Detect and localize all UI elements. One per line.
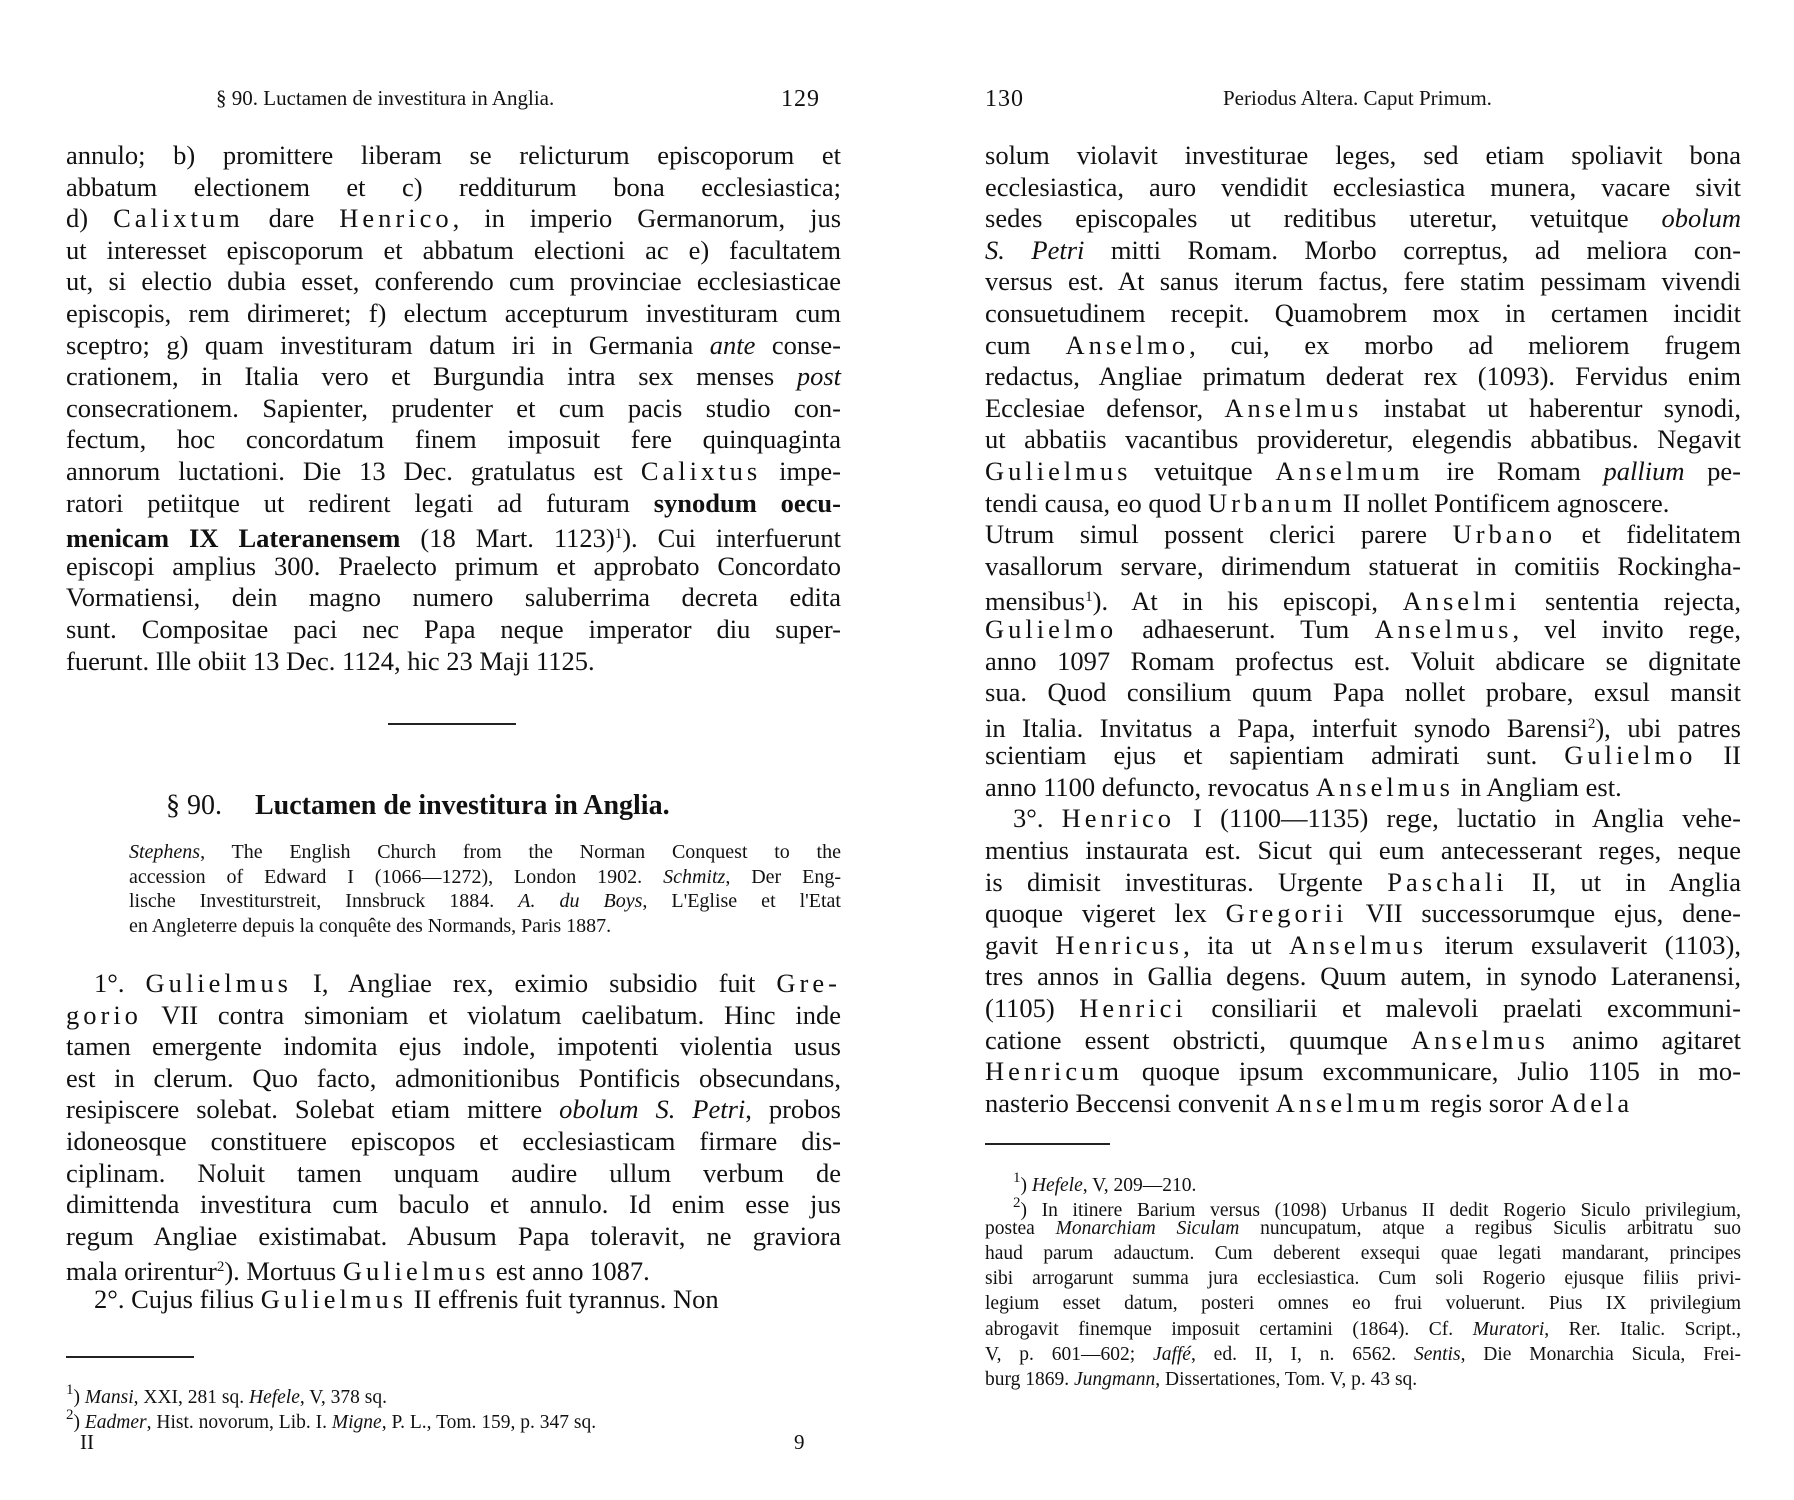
text-line: redactus, Angliae primatum dederat rex (… (985, 361, 1741, 393)
right-page: 130 Periodus Altera. Caput Primum. solum… (985, 0, 1741, 1500)
text-line: annorum luctationi. Die 13 Dec. gratulat… (66, 456, 841, 488)
section-title: Luctamen de investitura in Anglia. (255, 790, 670, 821)
text-line: consuetudinem recepit. Quamobrem mox in … (985, 298, 1741, 330)
text-line: catione essent obstricti, quumque Anselm… (985, 1025, 1741, 1057)
text-line: d) Calixtum dare Henrico, in imperio Ger… (66, 203, 841, 235)
text-line: accession of Edward I (1066—1272), Londo… (129, 865, 841, 890)
text-line: scientiam ejus et sapientiam admirati su… (985, 740, 1741, 772)
text-line: abrogavit finemque imposuit certamini (1… (985, 1317, 1741, 1342)
text-line: quoque vigeret lex Gregorii VII successo… (985, 898, 1741, 930)
text-line: postea Monarchiam Siculam nuncupatum, at… (985, 1216, 1741, 1241)
section-heading: § 90. Luctamen de investitura in Anglia. (166, 790, 670, 822)
text-line: ciplinam. Noluit tamen unquam audire ull… (66, 1158, 841, 1190)
text-line: regum Angliae existimabat. Abusum Papa t… (66, 1221, 841, 1253)
running-head: § 90. Luctamen de investitura in Anglia.… (66, 86, 841, 116)
text-line: annulo; b) promittere liberam se relictu… (66, 140, 841, 172)
text-line: Henricum quoque ipsum excommunicare, Jul… (985, 1056, 1741, 1088)
text-line: ratori petiitque ut redirent legati ad f… (66, 488, 841, 520)
text-line: haud parum adauctum. Cum deberent exsequ… (985, 1241, 1741, 1266)
footnotes: 1) Hefele, V, 209—210.2) In itinere Bari… (985, 1166, 1741, 1392)
text-line: 2) Eadmer, Hist. novorum, Lib. I. Migne,… (66, 1403, 841, 1428)
left-page: § 90. Luctamen de investitura in Anglia.… (66, 0, 841, 1500)
text-line: idoneosque constituere episcopos et eccl… (66, 1126, 841, 1158)
text-line: V, p. 601—602; Jaffé, ed. II, I, n. 6562… (985, 1342, 1741, 1367)
text-line: sceptro; g) quam investituram datum iri … (66, 330, 841, 362)
text-line: gavit Henricus, ita ut Anselmus iterum e… (985, 930, 1741, 962)
text-line: est in clerum. Quo facto, admonitionibus… (66, 1063, 841, 1095)
section-paragraphs: 1°. Gulielmus I, Angliae rex, eximio sub… (66, 968, 841, 1316)
running-head-title: Periodus Altera. Caput Primum. (1223, 86, 1492, 111)
text-line: cum Anselmo, cui, ex morbo ad meliorem f… (985, 330, 1741, 362)
text-line: sibi arrogarunt summa jura ecclesiastica… (985, 1266, 1741, 1291)
body-text: annulo; b) promittere liberam se relictu… (66, 140, 841, 677)
body-text: solum violavit investiturae leges, sed e… (985, 140, 1741, 1119)
text-line: fectum, hoc concordatum finem imposuit f… (66, 424, 841, 456)
text-line: 3°. Henrico I (1100—1135) rege, luctatio… (985, 803, 1741, 835)
text-line: ut interesset episcoporum et abbatum ele… (66, 235, 841, 267)
text-line: episcopis, rem dirimeret; f) electum acc… (66, 298, 841, 330)
text-line: Stephens, The English Church from the No… (129, 840, 841, 865)
footnote-rule (985, 1143, 1110, 1145)
text-line: crationem, in Italia vero et Burgundia i… (66, 361, 841, 393)
text-line: tendi causa, eo quod Urbanum II nollet P… (985, 488, 1741, 520)
text-line: dimittenda investitura cum baculo et ann… (66, 1189, 841, 1221)
text-line: is dimisit investituras. Urgente Paschal… (985, 867, 1741, 899)
text-line: ut abbatiis vacantibus provideretur, ele… (985, 424, 1741, 456)
text-line: vasallorum servare, dirimendum statuerat… (985, 551, 1741, 583)
text-line: in Italia. Invitatus a Papa, interfuit s… (985, 709, 1741, 741)
text-line: resipiscere solebat. Solebat etiam mitte… (66, 1094, 841, 1126)
page-number: 130 (985, 86, 1024, 113)
text-line: 1) Mansi, XXI, 281 sq. Hefele, V, 378 sq… (66, 1378, 841, 1403)
text-line: menicam IX Lateranensem (18 Mart. 1123)1… (66, 519, 841, 551)
text-line: anno 1097 Romam profectus est. Voluit ab… (985, 646, 1741, 678)
signature-sheet: 9 (794, 1430, 805, 1455)
text-line: abbatum electionem et c) redditurum bona… (66, 172, 841, 204)
text-line: Utrum simul possent clerici parere Urban… (985, 519, 1741, 551)
text-line: tamen emergente indomita ejus indole, im… (66, 1031, 841, 1063)
text-line: legium esset datum, posteri omnes eo fru… (985, 1291, 1741, 1316)
text-line: ecclesiastica, auro vendidit ecclesiasti… (985, 172, 1741, 204)
text-line: sunt. Compositae paci nec Papa neque imp… (66, 614, 841, 646)
text-line: mala orirentur2). Mortuus Gulielmus est … (66, 1252, 841, 1284)
text-line: episcopi amplius 300. Praelecto primum e… (66, 551, 841, 583)
section-divider (388, 723, 516, 725)
text-line: (1105) Henrici consiliarii et malevoli p… (985, 993, 1741, 1025)
text-line: 1) Hefele, V, 209—210. (985, 1166, 1741, 1191)
text-line: 1°. Gulielmus I, Angliae rex, eximio sub… (66, 968, 841, 1000)
text-line: Gulielmus vetuitque Anselmum ire Romam p… (985, 456, 1741, 488)
text-line: lische Investiturstreit, Innsbruck 1884.… (129, 889, 841, 914)
text-line: consecrationem. Sapienter, prudenter et … (66, 393, 841, 425)
text-line: gorio VII contra simoniam et violatum ca… (66, 1000, 841, 1032)
literature-list: Stephens, The English Church from the No… (129, 840, 841, 938)
text-line: 2) In itinere Barium versus (1098) Urban… (985, 1191, 1741, 1216)
text-line: 2°. Cujus filius Gulielmus II effrenis f… (66, 1284, 841, 1316)
text-line: anno 1100 defuncto, revocatus Anselmus i… (985, 772, 1741, 804)
text-line: Gulielmo adhaeserunt. Tum Anselmus, vel … (985, 614, 1741, 646)
text-line: mentius instaurata est. Sicut qui eum an… (985, 835, 1741, 867)
section-number: § 90. (166, 790, 222, 821)
page-number: 129 (781, 86, 820, 113)
text-line: versus est. At sanus iterum factus, fere… (985, 266, 1741, 298)
text-line: tres annos in Gallia degens. Quum autem,… (985, 961, 1741, 993)
signature-volume: II (80, 1430, 94, 1455)
running-head: 130 Periodus Altera. Caput Primum. (985, 86, 1741, 116)
text-line: nasterio Beccensi convenit Anselmum regi… (985, 1088, 1741, 1120)
text-line: Vormatiensi, dein magno numero saluberri… (66, 582, 841, 614)
text-line: en Angleterre depuis la conquête des Nor… (129, 914, 841, 939)
text-line: S. Petri mitti Romam. Morbo correptus, a… (985, 235, 1741, 267)
text-line: sua. Quod consilium quum Papa nollet pro… (985, 677, 1741, 709)
text-line: burg 1869. Jungmann, Dissertationes, Tom… (985, 1367, 1741, 1392)
text-line: ut, si electio dubia esset, conferendo c… (66, 266, 841, 298)
text-line: mensibus1). At in his episcopi, Anselmi … (985, 582, 1741, 614)
text-line: fuerunt. Ille obiit 13 Dec. 1124, hic 23… (66, 646, 841, 678)
text-line: solum violavit investiturae leges, sed e… (985, 140, 1741, 172)
text-line: sedes episcopales ut reditibus uteretur,… (985, 203, 1741, 235)
running-head-title: § 90. Luctamen de investitura in Anglia. (216, 86, 554, 111)
footnotes: 1) Mansi, XXI, 281 sq. Hefele, V, 378 sq… (66, 1378, 841, 1428)
footnote-rule (66, 1356, 194, 1358)
text-line: Ecclesiae defensor, Anselmus instabat ut… (985, 393, 1741, 425)
